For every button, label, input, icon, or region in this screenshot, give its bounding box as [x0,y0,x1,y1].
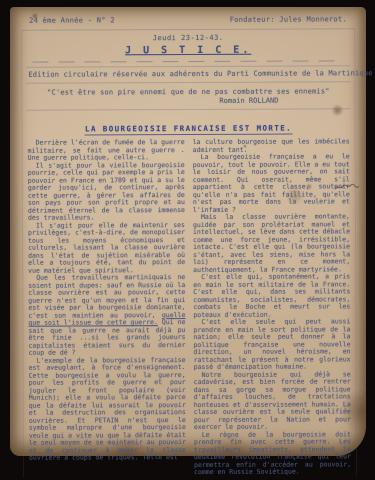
issue-number: 24 ème Année - N° 2 [29,16,115,24]
paragraph: Que les travailleurs martiniquais ne soi… [28,274,185,357]
paragraph: Il s'agit pour la vieille bourgeoisie po… [28,162,185,223]
epigraph-quote: "C'est être son pire ennemi que de ne pa… [26,87,350,96]
divider-line [26,108,350,110]
paragraph: Mais la classe ouvrière montante, guidée… [193,213,350,274]
page-frame: Jeudi 23-12-43. J U S T I C E. Edition c… [21,28,357,477]
divider-line [26,65,350,67]
handwritten-margin-note-icon [334,181,360,193]
dashed-rule [32,59,344,62]
epigraph-author: Romain ROLLAND [26,96,350,105]
newspaper-page: 24 ème Année - N° 2 Fondateur: Jules Mon… [10,7,366,456]
paragraph: Derrière l'écran de fumée de la guerre m… [28,139,185,162]
founder-credit: Fondateur: Jules Monnerot. [230,15,347,24]
paragraph: Notre bourgeoisie qui déjà se cadavérise… [194,371,351,432]
paragraph: C'est elle qui, spontanément, a pris en … [193,273,350,319]
masthead-meta-row: 24 ème Année - N° 2 Fondateur: Jules Mon… [21,11,355,24]
page-content: 24 ème Année - N° 2 Fondateur: Jules Mon… [21,11,357,452]
edition-note: Edition circulaire réservée aux adhérent… [26,69,350,78]
article-columns: Derrière l'écran de fumée de la guerre m… [27,138,352,477]
masthead-title: J U S T I C E. [26,44,350,56]
paragraph: Il s'agit pour elle de maintenir ses pri… [28,222,185,275]
paragraph: Le règne de la bourgeoisie doit prendre … [194,431,351,477]
paragraph: La bourgeoisie française a eu le pouvoir… [193,153,350,214]
issue-date: Jeudi 23-12-43. [26,33,350,42]
article-headline-text: LA BOURGEOISIE FRANCAISE EST MORTE. [85,124,292,136]
right-column: la culture bourgeoise que les imbéciles … [193,138,351,476]
left-column: Derrière l'écran de fumée de la guerre m… [28,139,186,477]
divider-line [26,81,350,83]
paragraph: L'exemple de la bourgeoisie française es… [29,357,186,463]
paragraph: C'est elle seule qui peut aussi prendre … [193,318,350,371]
article-headline: LA BOURGEOISIE FRANCAISE EST MORTE. [26,115,350,135]
